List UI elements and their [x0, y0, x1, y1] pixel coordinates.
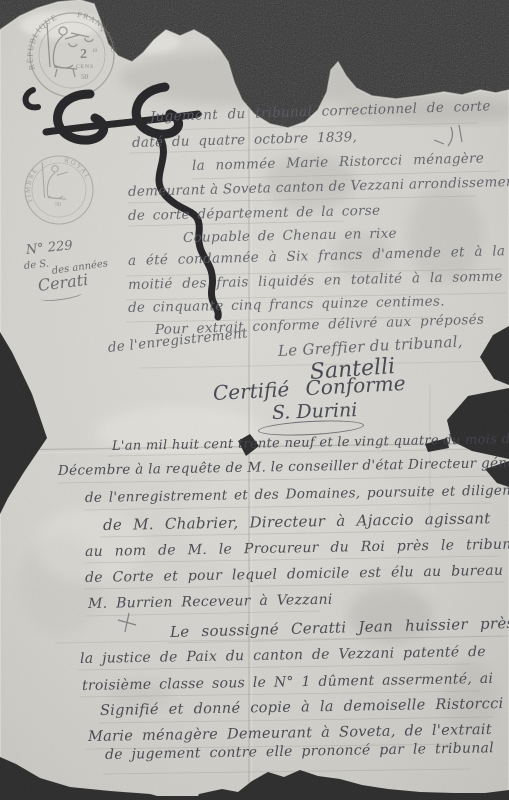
manuscript-line: M. Burrien Receveur à Vezzani: [88, 593, 333, 611]
scanned-document: RÉPUBLIQUE FRANÇAISE 2 10 CENS 50 TIMBRE: [0, 0, 509, 800]
certifier-signature: S. Durini: [272, 401, 358, 423]
